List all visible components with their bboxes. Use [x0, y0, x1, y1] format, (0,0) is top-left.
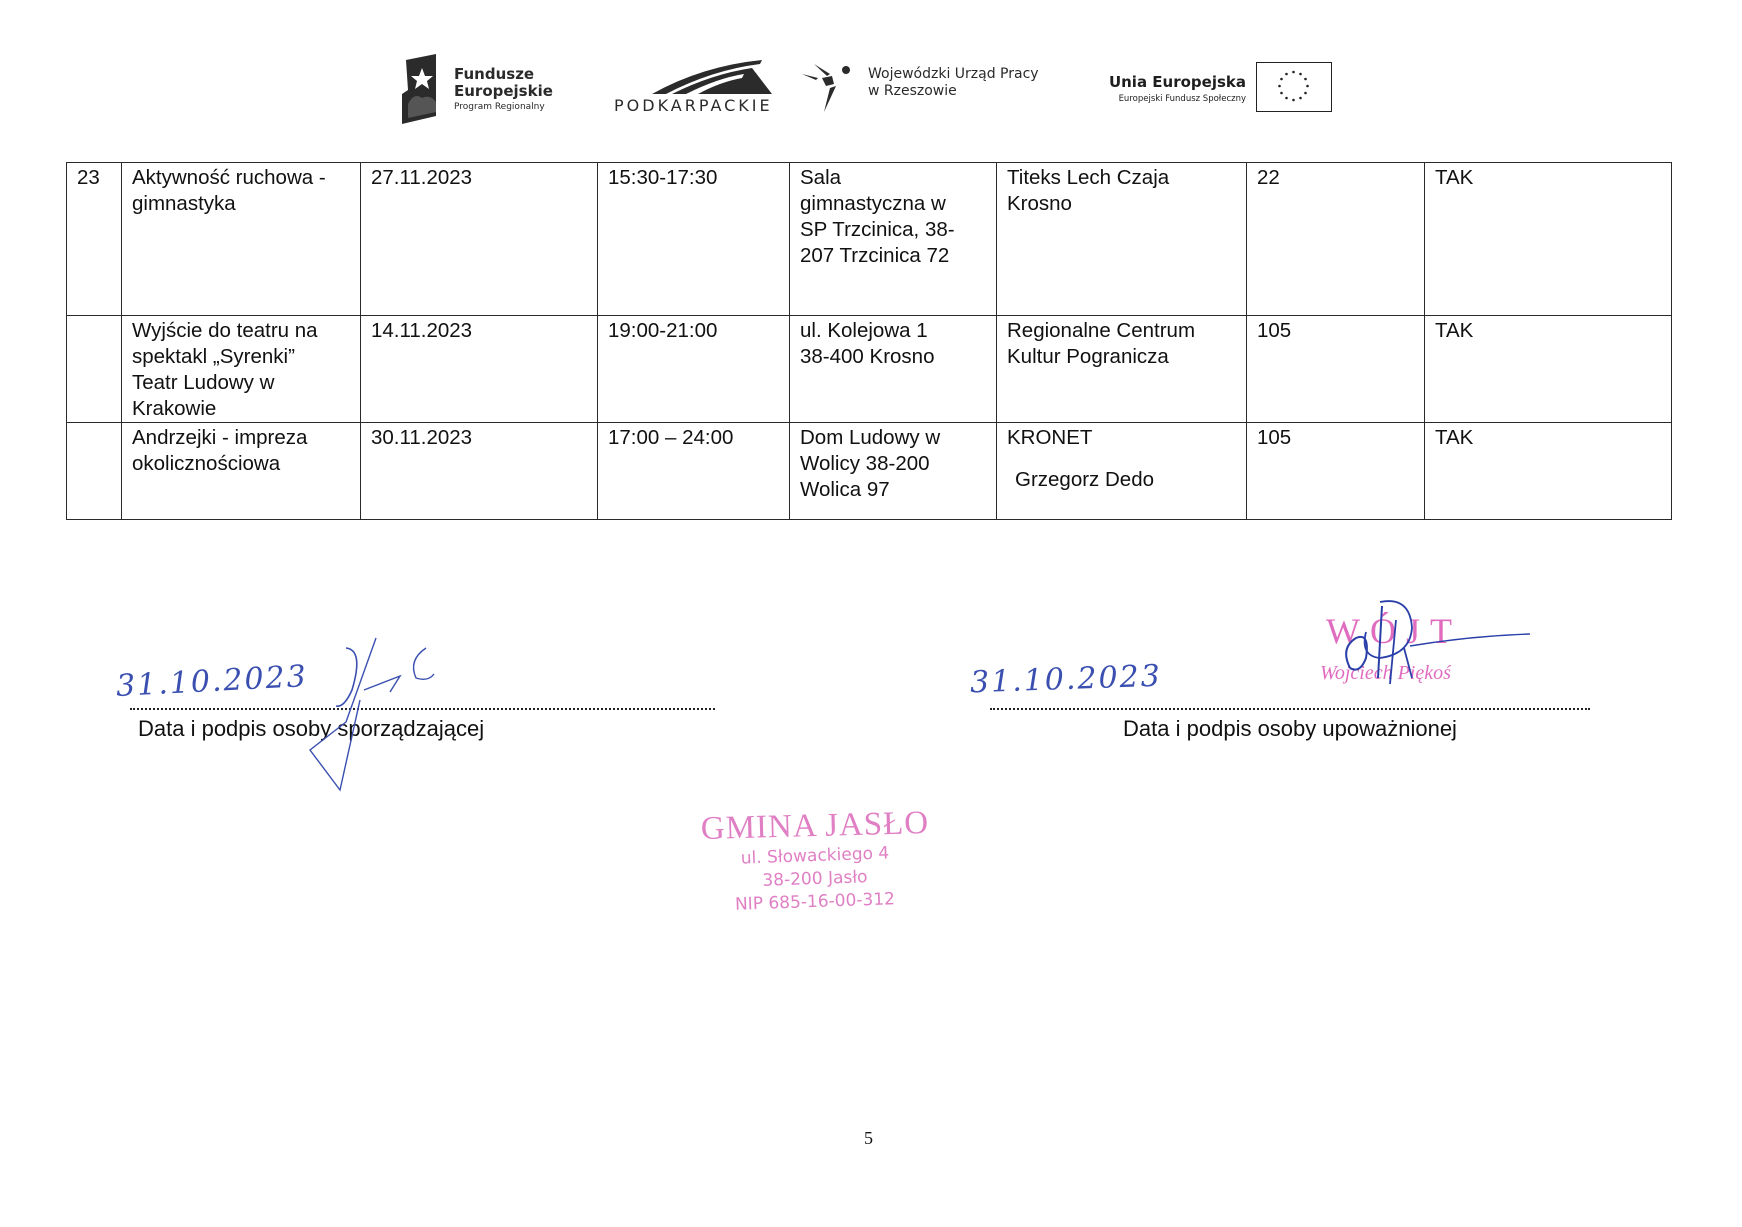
logo-text: Wojewódzki Urząd Pracy	[868, 66, 1039, 83]
cell-status: TAK	[1425, 316, 1672, 423]
podkarpackie-icon	[642, 56, 782, 96]
logo-subtext: Europejski Fundusz Społeczny	[1109, 92, 1246, 106]
wojt-stamp: WÓJT Wojciech Piękoś	[1320, 610, 1500, 690]
podkarpackie-logo: PODKARPACKIE	[614, 56, 784, 122]
events-table: 23 Aktywność ruchowa - gimnastyka 27.11.…	[66, 162, 1672, 520]
cell-time: 19:00-21:00	[598, 316, 790, 423]
page-number: 5	[864, 1128, 873, 1149]
signature-label: Data i podpis osoby upoważnionej	[990, 716, 1590, 742]
cell-activity: Aktywność ruchowa - gimnastyka	[122, 163, 361, 316]
handwritten-date: 31.10.2023	[969, 659, 1162, 701]
cell-provider: Regionalne Centrum Kultur Pogranicza	[997, 316, 1247, 423]
logo-text: Fundusze	[454, 66, 553, 83]
signature-block-preparer: 31.10.2023 Data i podpis osoby sporządza…	[130, 640, 715, 742]
cell-place: ul. Kolejowa 1 38-400 Krosno	[790, 316, 997, 423]
cell-place: Dom Ludowy w Wolicy 38-200 Wolica 97	[790, 423, 997, 520]
cell-number: 23	[67, 163, 122, 316]
cell-number	[67, 316, 122, 423]
logo-text: w Rzeszowie	[868, 83, 1039, 100]
eu-logo: Unia Europejska Europejski Fundusz Społe…	[1072, 62, 1332, 122]
signature-line: 31.10.2023	[130, 640, 715, 710]
cell-time: 17:00 – 24:00	[598, 423, 790, 520]
cell-participants: 22	[1247, 163, 1425, 316]
cell-status: TAK	[1425, 163, 1672, 316]
logo-text: Unia Europejska	[1109, 72, 1246, 92]
fundusze-europejskie-logo: Fundusze Europejskie Program Regionalny	[402, 54, 582, 126]
cell-number	[67, 423, 122, 520]
handwritten-date: 31.10.2023	[115, 659, 308, 704]
eu-flag-icon	[1256, 62, 1332, 112]
table-row: Wyjście do teatru na spektakl „Syrenki” …	[67, 316, 1672, 423]
table-row: Andrzejki - impreza okolicznościowa 30.1…	[67, 423, 1672, 520]
cell-date: 30.11.2023	[361, 423, 598, 520]
cell-date: 14.11.2023	[361, 316, 598, 423]
cell-provider: Titeks Lech Czaja Krosno	[997, 163, 1247, 316]
logo-text: Europejskie	[454, 83, 553, 100]
cell-place: Sala gimnastyczna w SP Trzcinica, 38- 20…	[790, 163, 997, 316]
cell-status: TAK	[1425, 423, 1672, 520]
fundusze-europejskie-icon	[402, 54, 440, 124]
cell-activity: Wyjście do teatru na spektakl „Syrenki” …	[122, 316, 361, 423]
table-row: 23 Aktywność ruchowa - gimnastyka 27.11.…	[67, 163, 1672, 316]
handwritten-signature	[1320, 598, 1560, 698]
wup-logo: Wojewódzki Urząd Pracy w Rzeszowie	[800, 60, 1070, 116]
wup-icon	[800, 60, 858, 116]
cell-time: 15:30-17:30	[598, 163, 790, 316]
header-logos: Fundusze Europejskie Program Regionalny …	[0, 52, 1742, 132]
handwritten-signature	[330, 630, 530, 800]
cell-participants: 105	[1247, 316, 1425, 423]
logo-text: PODKARPACKIE	[614, 96, 773, 115]
gmina-stamp: GMINA JASŁO ul. Słowackiego 4 38-200 Jas…	[680, 808, 950, 914]
cell-activity: Andrzejki - impreza okolicznościowa	[122, 423, 361, 520]
logo-subtext: Program Regionalny	[454, 100, 553, 114]
cell-participants: 105	[1247, 423, 1425, 520]
cell-date: 27.11.2023	[361, 163, 598, 316]
cell-provider: KRONET Grzegorz Dedo	[997, 423, 1247, 520]
